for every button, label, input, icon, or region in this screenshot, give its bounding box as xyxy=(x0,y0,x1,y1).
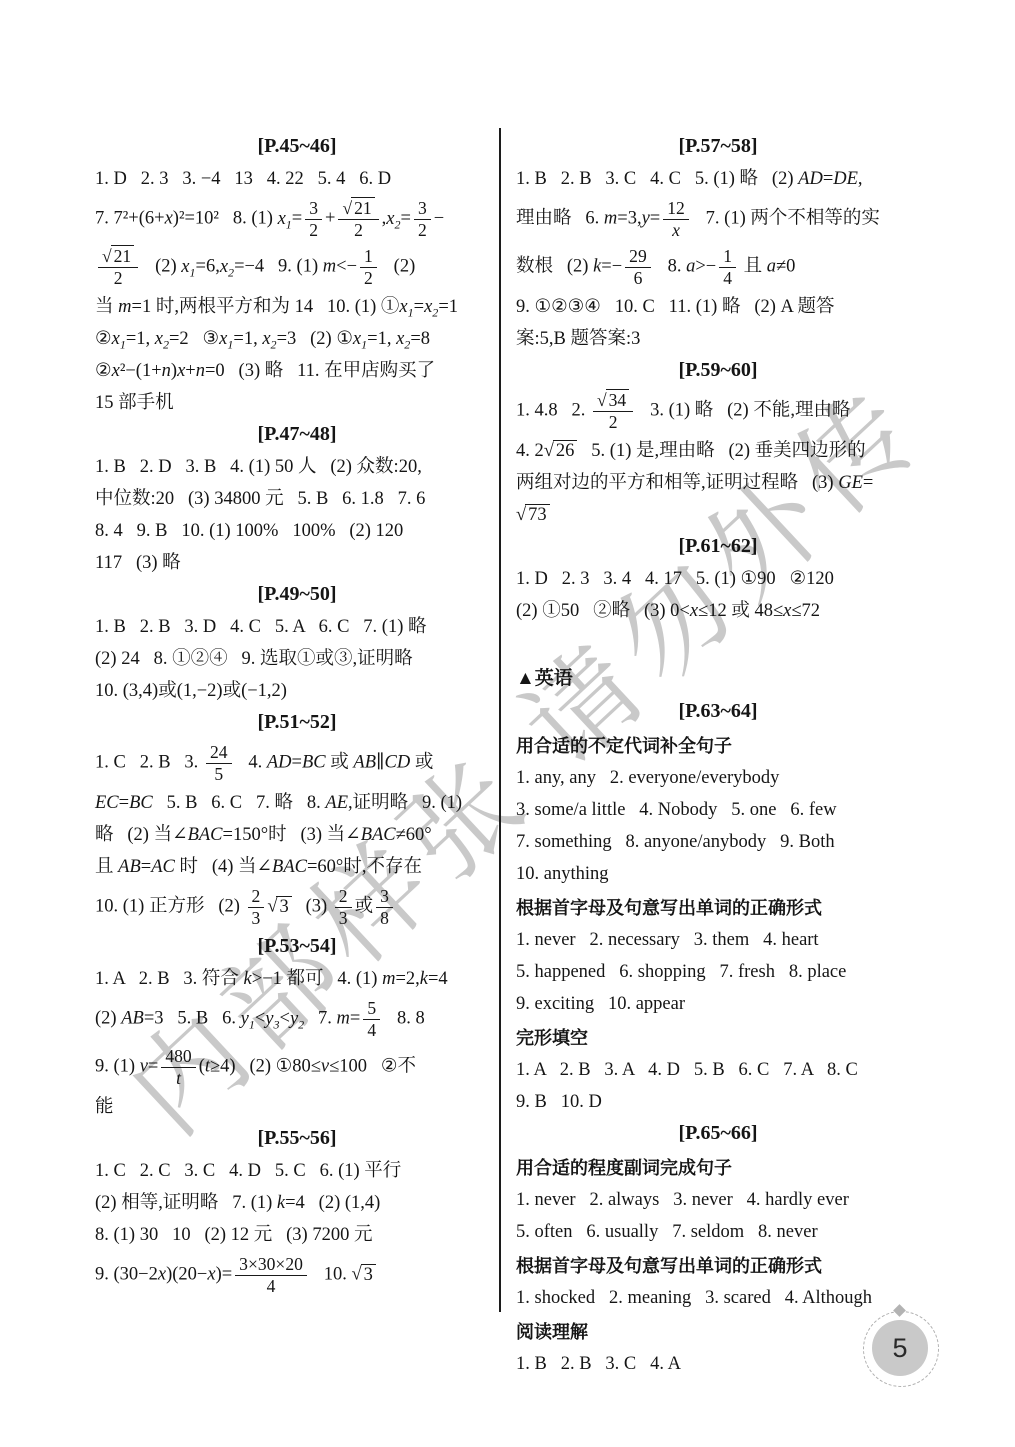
math-variable: x1 xyxy=(353,329,367,349)
text-run: ≥4) (2) ①80≤ xyxy=(210,1057,321,1077)
text-run: =3 (2) ① xyxy=(277,329,353,349)
answer-line: 当 m=1 时,两根平方和为 14 10. (1) ①x1=x2=1 xyxy=(95,295,499,320)
radical-sign: √ xyxy=(102,246,111,266)
math-variable: k xyxy=(420,969,428,989)
math-variable: y2 xyxy=(290,1009,304,1029)
math-variable: BAC xyxy=(188,825,223,845)
page-range-header: [P.53~54] xyxy=(95,935,499,958)
text-run: 9. exciting 10. appear xyxy=(516,994,685,1014)
math-text: t xyxy=(176,1068,181,1088)
math-variable: AD xyxy=(798,169,823,189)
text-run: =2 ③ xyxy=(169,329,219,349)
answer-line: (2) 24 8. ①②④ 9. 选取①或③,证明略 xyxy=(95,647,499,672)
text-run: =1, xyxy=(367,329,396,349)
fraction: 245 xyxy=(206,743,232,784)
answer-line: 数根 (2) k=−296 8. a>−14 且 a≠0 xyxy=(516,247,920,288)
answer-line: 9. (30−2x)(20−x)=3×30×204 10. √3 xyxy=(95,1255,499,1296)
math-text: 12 xyxy=(667,198,685,218)
math-variable: BAC xyxy=(361,825,396,845)
text-run: 4. 2 xyxy=(516,441,544,461)
math-text: x xyxy=(672,220,680,240)
fraction: 480t xyxy=(161,1047,195,1088)
page-number: 5 xyxy=(892,1333,907,1364)
text-run: ≤100 ②不 xyxy=(329,1057,416,1077)
exercise-type-heading: 阅读理解 xyxy=(516,1318,920,1344)
exercise-type-heading: 用合适的程度副词完成句子 xyxy=(516,1154,920,1180)
math-text: 3 xyxy=(339,908,348,928)
exercise-type-heading: 用合适的不定代词补全句子 xyxy=(516,732,920,758)
text-run: = xyxy=(350,1009,360,1029)
math-text: 2 xyxy=(252,886,261,906)
math-text: 3 xyxy=(252,908,261,928)
text-run: ② xyxy=(95,329,112,349)
text-run: >− xyxy=(695,257,716,277)
math-variable: a xyxy=(767,257,776,277)
math-variable: x2 xyxy=(424,297,438,317)
text-run: =1, xyxy=(126,329,155,349)
fraction: 32 xyxy=(305,199,322,240)
fraction-denominator: 2 xyxy=(414,220,431,240)
text-run: = xyxy=(292,209,302,229)
text-run: 8. 4 9. B 10. (1) 100% 100% (2) 120 xyxy=(95,521,403,541)
answer-line: 1. 4.8 2. √342 3. (1) 略 (2) 不能,理由略 xyxy=(516,391,920,432)
answer-line: (2) AB=3 5. B 6. y1<y3<y2 7. m=54 8. 8 xyxy=(95,999,499,1040)
exercise-type-heading: 完形填空 xyxy=(516,1024,920,1050)
text-run: 数根 (2) xyxy=(516,257,593,277)
fraction-numerator: 29 xyxy=(625,247,651,268)
text-run: =4 xyxy=(428,969,448,989)
text-run: =3 5. B 6. xyxy=(144,1009,241,1029)
answer-line: 略 (2) 当∠BAC=150°时 (3) 当∠BAC≠60° xyxy=(95,823,499,848)
fraction-numerator: 1 xyxy=(719,247,736,268)
text-run: 15 部手机 xyxy=(95,393,174,413)
math-text: 29 xyxy=(629,246,647,266)
text-run: )(20− xyxy=(166,1265,207,1285)
text-run: )²=10² 8. (1) xyxy=(173,209,278,229)
radicand: 21 xyxy=(351,197,375,218)
text-run: 1. D 2. 3 3. 4 4. 17 5. (1) ①90 ②120 xyxy=(516,569,834,589)
page-range-header: [P.63~64] xyxy=(516,700,920,723)
sqrt-expression: √34 xyxy=(597,389,629,410)
text-run: =6, xyxy=(196,257,220,277)
text-run: 或 xyxy=(355,897,374,917)
sqrt-expression: √21 xyxy=(102,245,134,266)
math-variable: m xyxy=(337,1009,350,1029)
math-text: 24 xyxy=(210,742,228,762)
math-text: 2 xyxy=(609,412,618,432)
text-run: (2) ①50 ②略 (3) 0< xyxy=(516,601,690,621)
fraction-numerator: 12 xyxy=(663,199,689,220)
text-run: ≤72 xyxy=(791,601,820,621)
answer-line: 8. 4 9. B 10. (1) 100% 100% (2) 120 xyxy=(95,519,499,544)
text-run: 且 xyxy=(739,257,767,277)
math-variable: m xyxy=(323,257,336,277)
text-run: )= xyxy=(216,1265,233,1285)
answer-line: 1. A 2. B 3. A 4. D 5. B 6. C 7. A 8. C xyxy=(516,1058,920,1083)
fraction-numerator: 1 xyxy=(360,247,377,268)
answer-line: 7. 7²+(6+x)²=10² 8. (1) x1=32+√212,x2=32… xyxy=(95,199,499,240)
text-run: (2) 相等,证明略 7. (1) xyxy=(95,1193,277,1213)
math-variable: x xyxy=(207,1265,215,1285)
radicand: 34 xyxy=(606,389,630,410)
answer-line: EC=BC 5. B 6. C 7. 略 8. AE,证明略 9. (1) xyxy=(95,791,499,816)
fraction: 38 xyxy=(376,887,393,928)
sqrt-expression: √3 xyxy=(352,1264,376,1285)
text-run: = xyxy=(148,1057,158,1077)
text-run: ∥ xyxy=(376,753,385,773)
text-run: + xyxy=(325,209,335,229)
math-variable: EC xyxy=(95,793,119,813)
math-text: 3 xyxy=(309,198,318,218)
math-variable: BAC xyxy=(272,857,307,877)
fraction: 14 xyxy=(719,247,736,288)
math-text: 2 xyxy=(309,220,318,240)
text-run: 1. C 2. B 3. xyxy=(95,753,203,773)
answer-line: 5. often 6. usually 7. seldom 8. never xyxy=(516,1220,920,1245)
math-variable: x1 xyxy=(181,257,195,277)
math-variable: k xyxy=(277,1193,285,1213)
answer-line: (2) 相等,证明略 7. (1) k=4 (2) (1,4) xyxy=(95,1191,499,1216)
math-variable: AB xyxy=(353,753,376,773)
text-run: 117 (3) 略 xyxy=(95,553,181,573)
radical-sign: √ xyxy=(544,441,553,461)
math-variable: x2 xyxy=(220,257,234,277)
text-run: 时 (4) 当∠ xyxy=(175,857,272,877)
text-run: = xyxy=(141,857,151,877)
answer-line: 10. anything xyxy=(516,862,920,887)
text-run: 1. D 2. 3 3. −4 13 4. 22 5. 4 6. D xyxy=(95,169,391,189)
math-variable: x2 xyxy=(262,329,276,349)
text-run: − xyxy=(434,209,444,229)
answer-line: 能 xyxy=(95,1095,499,1120)
fraction-denominator: 2 xyxy=(110,268,127,288)
math-text: 2 xyxy=(418,220,427,240)
math-variable: AB xyxy=(121,1009,144,1029)
text-run: ≠0 xyxy=(776,257,795,277)
text-run: 1. C 2. C 3. C 4. D 5. C 6. (1) 平行 xyxy=(95,1161,401,1181)
subject-section-heading: ▲英语 xyxy=(516,663,920,690)
answer-line: 1. never 2. always 3. never 4. hardly ev… xyxy=(516,1188,920,1213)
fraction: 296 xyxy=(625,247,651,288)
fraction-numerator: √21 xyxy=(338,199,378,220)
answer-line: 9. B 10. D xyxy=(516,1090,920,1115)
page-range-header: [P.61~62] xyxy=(516,535,920,558)
fraction: 23 xyxy=(248,887,265,928)
math-variable: n xyxy=(162,361,171,381)
text-run: 5. often 6. usually 7. seldom 8. never xyxy=(516,1222,818,1242)
fraction: √212 xyxy=(98,247,138,288)
math-variable: x xyxy=(158,1265,166,1285)
math-variable: x1 xyxy=(112,329,126,349)
text-run: =− xyxy=(601,257,622,277)
math-variable: m xyxy=(604,209,617,229)
math-text: 3 xyxy=(418,198,427,218)
fraction-denominator: 5 xyxy=(210,764,227,784)
math-variable: BC xyxy=(129,793,153,813)
math-variable: x1 xyxy=(399,297,413,317)
text-run: = xyxy=(292,753,302,773)
text-run: 1. 4.8 2. xyxy=(516,401,590,421)
text-run: 9. (30−2 xyxy=(95,1265,158,1285)
math-variable: AC xyxy=(151,857,175,877)
text-run: 5. (1) 是,理由略 (2) 垂美四边形的 xyxy=(577,441,865,461)
text-run: = xyxy=(863,473,873,493)
fraction: √342 xyxy=(593,391,633,432)
radical-sign: √ xyxy=(342,198,351,218)
math-variable: x1 xyxy=(219,329,233,349)
answer-line: 中位数:20 (3) 34800 元 5. B 6. 1.8 7. 6 xyxy=(95,487,499,512)
fraction: 32 xyxy=(414,199,431,240)
answer-line: 1. never 2. necessary 3. them 4. heart xyxy=(516,928,920,953)
math-variable: DE xyxy=(833,169,858,189)
math-variable: m xyxy=(382,969,395,989)
text-run: 或 xyxy=(410,753,433,773)
math-text: 4 xyxy=(367,1020,376,1040)
text-run: 当 xyxy=(95,297,118,317)
radicand: 21 xyxy=(111,245,135,266)
answer-line: 9. exciting 10. appear xyxy=(516,992,920,1017)
text-run: =3, xyxy=(617,209,641,229)
text-run: 10. anything xyxy=(516,864,609,884)
math-text: 2 xyxy=(354,220,363,240)
text-run: 8. xyxy=(654,257,686,277)
page-range-header: [P.55~56] xyxy=(95,1127,499,1150)
text-run: = xyxy=(401,209,411,229)
fraction-numerator: 3 xyxy=(305,199,322,220)
answer-line: 4. 2√26 5. (1) 是,理由略 (2) 垂美四边形的 xyxy=(516,439,920,464)
text-run: =60°时,不存在 xyxy=(307,857,422,877)
text-run: =1 xyxy=(438,297,458,317)
math-variable: x2 xyxy=(155,329,169,349)
text-run: 8. (1) 30 10 (2) 12 元 (3) 7200 元 xyxy=(95,1225,372,1245)
text-run: <− xyxy=(336,257,357,277)
text-run: ,证明略 9. (1) xyxy=(348,793,462,813)
answer-line: 1. C 2. B 3. 245 4. AD=BC 或 AB∥CD 或 xyxy=(95,743,499,784)
math-text: 3×30×20 xyxy=(239,1254,303,1274)
math-text: 8 xyxy=(380,908,389,928)
fraction-numerator: 2 xyxy=(335,887,352,908)
math-text: 2 xyxy=(364,268,373,288)
fraction-denominator: 4 xyxy=(363,1020,380,1040)
math-variable: v xyxy=(321,1057,329,1077)
text-run: 7. something 8. anyone/anybody 9. Both xyxy=(516,832,835,852)
text-run: 1. B 2. B 3. C 4. A xyxy=(516,1354,681,1374)
page-range-header: [P.57~58] xyxy=(516,135,920,158)
sqrt-expression: √3 xyxy=(267,896,291,917)
exercise-type-heading: 根据首字母及句意写出单词的正确形式 xyxy=(516,1252,920,1278)
text-run: 5. happened 6. shopping 7. fresh 8. plac… xyxy=(516,962,846,982)
column-divider-rule xyxy=(499,128,501,1312)
fraction-denominator: 2 xyxy=(605,412,622,432)
fraction-denominator: 3 xyxy=(248,908,265,928)
math-variable: m xyxy=(118,297,131,317)
answer-line: ②x1=1, x2=2 ③x1=1, x2=3 (2) ①x1=1, x2=8 xyxy=(95,327,499,352)
text-run: 7. (1) 两个不相等的实 xyxy=(692,209,880,229)
text-run: 1. never 2. always 3. never 4. hardly ev… xyxy=(516,1190,849,1210)
text-run: = xyxy=(414,297,424,317)
text-run: 10. (3,4)或(1,−2)或(−1,2) xyxy=(95,681,287,701)
sqrt-expression: √21 xyxy=(342,197,374,218)
text-run: =0 (3) 略 11. 在甲店购买了 xyxy=(205,361,435,381)
text-run: =−4 9. (1) xyxy=(234,257,323,277)
math-variable: x xyxy=(112,361,120,381)
answer-line: 1. A 2. B 3. 符合 k>−1 都可 4. (1) m=2,k=4 xyxy=(95,967,499,992)
radicand: 73 xyxy=(525,504,550,525)
text-run: 两组对边的平方和相等,证明过程略 (3) xyxy=(516,473,838,493)
text-run: (2) 24 8. ①②④ 9. 选取①或③,证明略 xyxy=(95,649,413,669)
fraction-denominator: 2 xyxy=(350,220,367,240)
answer-line: 且 AB=AC 时 (4) 当∠BAC=60°时,不存在 xyxy=(95,855,499,880)
page-range-header: [P.49~50] xyxy=(95,583,499,606)
answer-line: √212 (2) x1=6,x2=−4 9. (1) m<−12 (2) xyxy=(95,247,499,288)
text-run: 1. A 2. B 3. 符合 xyxy=(95,969,244,989)
text-run: 7. xyxy=(304,1009,336,1029)
fraction-numerator: 3 xyxy=(376,887,393,908)
fraction-denominator: x xyxy=(668,220,684,240)
text-run: 1. A 2. B 3. A 4. D 5. B 6. C 7. A 8. C xyxy=(516,1060,858,1080)
text-run: 9. B 10. D xyxy=(516,1092,602,1112)
math-text: 4 xyxy=(723,268,732,288)
math-variable: CD xyxy=(385,753,411,773)
page-range-header: [P.47~48] xyxy=(95,423,499,446)
radicand: 26 xyxy=(553,440,578,461)
fraction-numerator: √21 xyxy=(98,247,138,268)
text-run: + xyxy=(185,361,195,381)
text-run: ≤12 或 48≤ xyxy=(698,601,783,621)
right-column: [P.57~58]1. B 2. B 3. C 4. C 5. (1) 略 (2… xyxy=(516,132,920,1384)
text-run: 10. xyxy=(310,1265,352,1285)
radical-sign: √ xyxy=(516,505,525,525)
math-text: 1 xyxy=(723,246,732,266)
text-run: 10. (1) 正方形 (2) xyxy=(95,897,245,917)
answer-line: 8. (1) 30 10 (2) 12 元 (3) 7200 元 xyxy=(95,1223,499,1248)
math-text: 2 xyxy=(114,268,123,288)
math-variable: k xyxy=(244,969,252,989)
math-text: 480 xyxy=(165,1046,191,1066)
text-run: 9. ①②③④ 10. C 11. (1) 略 (2) A 题答 xyxy=(516,297,834,317)
fraction-denominator: t xyxy=(172,1068,185,1088)
text-run: 理由略 6. xyxy=(516,209,604,229)
fraction-denominator: 2 xyxy=(305,220,322,240)
fraction-denominator: 2 xyxy=(360,268,377,288)
left-column: [P.45~46]1. D 2. 3 3. −4 13 4. 22 5. 4 6… xyxy=(95,132,499,1303)
text-run: ② xyxy=(95,361,112,381)
math-variable: x1 xyxy=(278,209,292,229)
text-run: =4 (2) (1,4) xyxy=(285,1193,380,1213)
answer-line: 1. shocked 2. meaning 3. scared 4. Altho… xyxy=(516,1286,920,1311)
math-variable: AB xyxy=(118,857,141,877)
text-run: 能 xyxy=(95,1097,114,1117)
text-run: =150°时 (3) 当∠ xyxy=(223,825,361,845)
answer-line: 7. something 8. anyone/anybody 9. Both xyxy=(516,830,920,855)
answer-line: 1. B 2. B 3. C 4. A xyxy=(516,1352,920,1377)
text-run: 或 xyxy=(326,753,354,773)
answer-line: 10. (1) 正方形 (2) 23√3 (3) 23或38 xyxy=(95,887,499,928)
text-run: >−1 都可 4. (1) xyxy=(252,969,382,989)
fraction-numerator: 3×30×20 xyxy=(235,1255,307,1276)
math-text: 1 xyxy=(364,246,373,266)
answer-line: 1. D 2. 3 3. 4 4. 17 5. (1) ①90 ②120 xyxy=(516,567,920,592)
text-run: , xyxy=(858,169,863,189)
fraction: 3×30×204 xyxy=(235,1255,307,1296)
answer-line: √73 xyxy=(516,503,920,528)
text-run: =2, xyxy=(395,969,419,989)
answer-line: (2) ①50 ②略 (3) 0<x≤12 或 48≤x≤72 xyxy=(516,599,920,624)
text-run: (2) xyxy=(380,257,415,277)
text-run: 1. B 2. D 3. B 4. (1) 50 人 (2) 众数:20, xyxy=(95,457,422,477)
text-run: 案:5,B 题答案:3 xyxy=(516,329,640,349)
text-run: 1. B 2. B 3. C 4. C 5. (1) 略 (2) xyxy=(516,169,798,189)
spacer xyxy=(516,631,920,661)
text-run: (2) xyxy=(95,1009,121,1029)
math-text: 5 xyxy=(367,998,376,1018)
fraction: 54 xyxy=(363,999,380,1040)
radicand: 3 xyxy=(361,1264,376,1285)
text-run: = xyxy=(650,209,660,229)
text-run: 且 xyxy=(95,857,118,877)
sqrt-expression: √73 xyxy=(516,504,550,525)
text-run: ²−(1+ xyxy=(120,361,162,381)
text-run: 4. xyxy=(235,753,267,773)
text-run: (3) xyxy=(292,897,332,917)
fraction-denominator: 8 xyxy=(376,908,393,928)
math-variable: v xyxy=(140,1057,148,1077)
math-variable: AE xyxy=(325,793,348,813)
math-text: 6 xyxy=(634,268,643,288)
math-variable: n xyxy=(196,361,205,381)
math-variable: y3 xyxy=(265,1009,279,1029)
text-run: =1, xyxy=(233,329,262,349)
fraction-numerator: 480 xyxy=(161,1047,195,1068)
radical-sign: √ xyxy=(597,390,606,410)
text-run: 中位数:20 (3) 34800 元 5. B 6. 1.8 7. 6 xyxy=(95,489,425,509)
answer-line: 1. B 2. D 3. B 4. (1) 50 人 (2) 众数:20, xyxy=(95,455,499,480)
answer-line: 117 (3) 略 xyxy=(95,551,499,576)
math-variable: y1 xyxy=(241,1009,255,1029)
answer-line: 15 部手机 xyxy=(95,391,499,416)
answer-line: 案:5,B 题答案:3 xyxy=(516,327,920,352)
fraction: 12x xyxy=(663,199,689,240)
fraction-numerator: 24 xyxy=(206,743,232,764)
page-range-header: [P.65~66] xyxy=(516,1122,920,1145)
math-variable: y xyxy=(642,209,650,229)
text-run: 略 (2) 当∠ xyxy=(95,825,188,845)
math-text: 5 xyxy=(214,764,223,784)
fraction-numerator: 2 xyxy=(248,887,265,908)
text-run: = xyxy=(119,793,129,813)
text-run: 9. (1) xyxy=(95,1057,140,1077)
answer-line: 1. B 2. B 3. C 4. C 5. (1) 略 (2) AD=DE, xyxy=(516,167,920,192)
math-text: 2 xyxy=(339,886,348,906)
text-run: < xyxy=(255,1009,265,1029)
answer-line: 9. (1) v=480t(t≥4) (2) ①80≤v≤100 ②不 xyxy=(95,1047,499,1088)
math-variable: x xyxy=(690,601,698,621)
text-run: =8 xyxy=(410,329,430,349)
answer-line: 5. happened 6. shopping 7. fresh 8. plac… xyxy=(516,960,920,985)
text-run: 3. some/a little 4. Nobody 5. one 6. few xyxy=(516,800,837,820)
answer-line: 1. any, any 2. everyone/everybody xyxy=(516,766,920,791)
math-text: 4 xyxy=(267,1276,276,1296)
answer-line: 理由略 6. m=3,y=12x 7. (1) 两个不相等的实 xyxy=(516,199,920,240)
fraction-denominator: 6 xyxy=(630,268,647,288)
text-run: 3. (1) 略 (2) 不能,理由略 xyxy=(636,401,850,421)
page-range-header: [P.59~60] xyxy=(516,359,920,382)
math-variable: x2 xyxy=(396,329,410,349)
answer-line: 1. C 2. C 3. C 4. D 5. C 6. (1) 平行 xyxy=(95,1159,499,1184)
text-run: 1. shocked 2. meaning 3. scared 4. Altho… xyxy=(516,1288,872,1308)
text-run: 8. 8 xyxy=(383,1009,425,1029)
math-variable: x xyxy=(165,209,173,229)
